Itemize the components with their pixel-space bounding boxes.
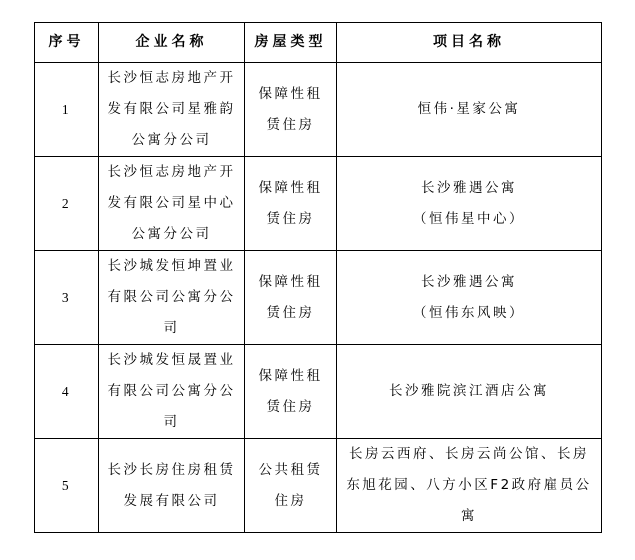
project-name-line: 长沙雅院滨江酒店公寓 (343, 376, 595, 407)
house-type: 公共租赁住房 (245, 439, 337, 533)
header-project: 项目名称 (337, 23, 602, 63)
enterprise-name: 长沙城发恒晟置业有限公司公寓分公司 (99, 345, 245, 439)
row-index: 4 (35, 345, 99, 439)
project-name-line: 长沙雅遇公寓 (343, 173, 595, 204)
house-type: 保障性租赁住房 (245, 63, 337, 157)
table-row: 1 长沙恒志房地产开发有限公司星雅韵公寓分公司 保障性租赁住房 恒伟·星家公寓 (35, 63, 602, 157)
row-index: 1 (35, 63, 99, 157)
house-type: 保障性租赁住房 (245, 251, 337, 345)
enterprise-name: 长沙恒志房地产开发有限公司星中心公寓分公司 (99, 157, 245, 251)
row-index: 5 (35, 439, 99, 533)
header-house-type: 房屋类型 (245, 23, 337, 63)
rental-housing-table: 序号 企业名称 房屋类型 项目名称 1 长沙恒志房地产开发有限公司星雅韵公寓分公… (34, 22, 602, 533)
table-row: 2 长沙恒志房地产开发有限公司星中心公寓分公司 保障性租赁住房 长沙雅遇公寓 （… (35, 157, 602, 251)
table-row: 4 长沙城发恒晟置业有限公司公寓分公司 保障性租赁住房 长沙雅院滨江酒店公寓 (35, 345, 602, 439)
header-enterprise: 企业名称 (99, 23, 245, 63)
enterprise-name: 长沙城发恒坤置业有限公司公寓分公司 (99, 251, 245, 345)
project-name-line: 恒伟·星家公寓 (343, 94, 595, 125)
row-index: 2 (35, 157, 99, 251)
house-type: 保障性租赁住房 (245, 345, 337, 439)
row-index: 3 (35, 251, 99, 345)
project-name: 长房云西府、长房云尚公馆、长房东旭花园、八方小区F2政府雇员公寓 (337, 439, 602, 533)
project-name: 长沙雅遇公寓 （恒伟星中心） (337, 157, 602, 251)
project-name: 恒伟·星家公寓 (337, 63, 602, 157)
table-row: 5 长沙长房住房租赁发展有限公司 公共租赁住房 长房云西府、长房云尚公馆、长房东… (35, 439, 602, 533)
project-name-line: （恒伟东风映） (343, 298, 595, 329)
enterprise-name: 长沙恒志房地产开发有限公司星雅韵公寓分公司 (99, 63, 245, 157)
project-name: 长沙雅院滨江酒店公寓 (337, 345, 602, 439)
project-name-line: （恒伟星中心） (343, 204, 595, 235)
table-row: 3 长沙城发恒坤置业有限公司公寓分公司 保障性租赁住房 长沙雅遇公寓 （恒伟东风… (35, 251, 602, 345)
project-name-line: 长沙雅遇公寓 (343, 267, 595, 298)
enterprise-name: 长沙长房住房租赁发展有限公司 (99, 439, 245, 533)
project-name: 长沙雅遇公寓 （恒伟东风映） (337, 251, 602, 345)
project-name-line: 长房云西府、长房云尚公馆、长房东旭花园、八方小区F2政府雇员公寓 (343, 439, 595, 532)
header-index: 序号 (35, 23, 99, 63)
header-row: 序号 企业名称 房屋类型 项目名称 (35, 23, 602, 63)
house-type: 保障性租赁住房 (245, 157, 337, 251)
